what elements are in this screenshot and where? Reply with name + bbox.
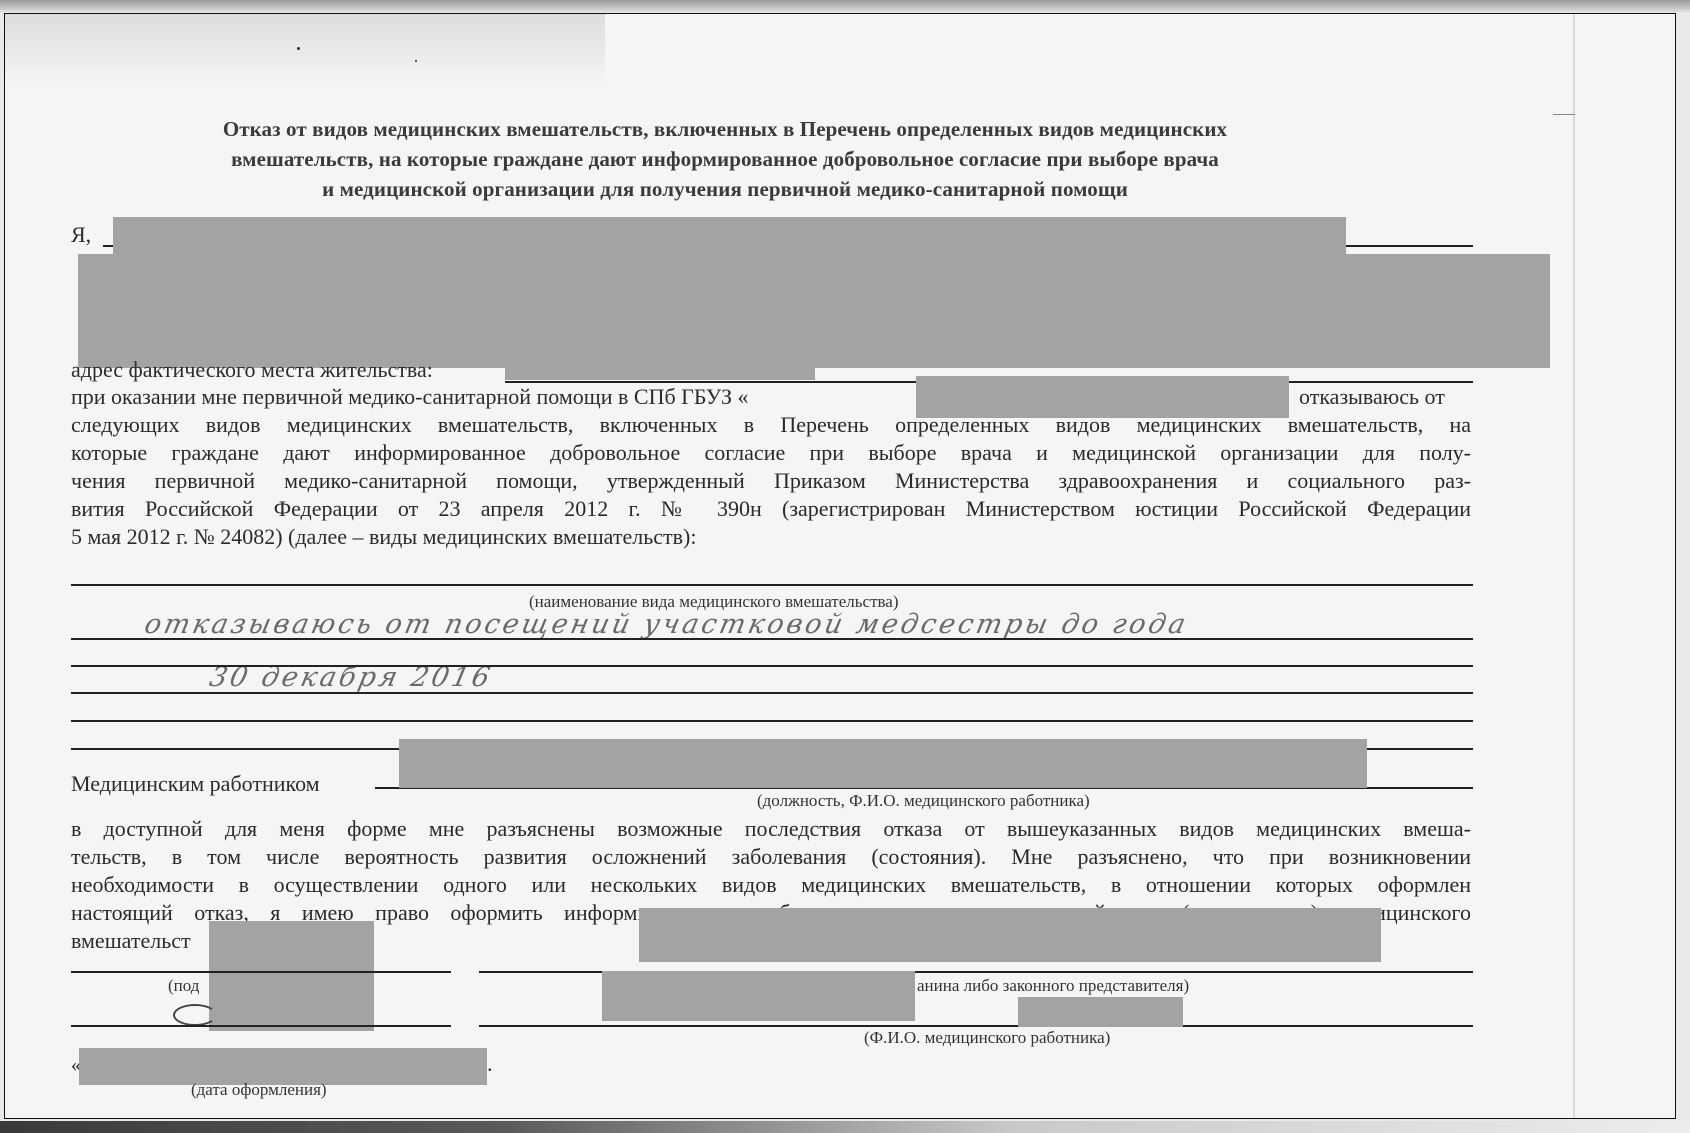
signature-line-2 [71, 1025, 451, 1027]
handwritten-intervention: отказываюсь от посещений участковой медс… [142, 609, 1192, 640]
scan-shadow [5, 14, 605, 84]
title-line: и медицинской организации для получения … [125, 174, 1325, 204]
document-page: Отказ от видов медицинских вмешательств,… [4, 13, 1676, 1119]
signature-line-1 [71, 971, 451, 973]
redacted-address [505, 366, 815, 380]
scan-speck [415, 60, 417, 62]
paragraph-last-line: 5 мая 2012 г. № 24082) (далее – виды мед… [71, 523, 696, 551]
redacted-citizen-name [639, 908, 1381, 962]
ya-label: Я, [71, 221, 91, 249]
redacted-medical-worker-name [1018, 997, 1183, 1027]
paragraph-line: чения первичной медико-санитарной помощи… [71, 467, 1471, 495]
signature-caption-1: (под [168, 976, 199, 996]
explanation-line: необходимости в осуществлении одного или… [71, 871, 1471, 899]
scan-edge-top [0, 0, 1690, 14]
document-title: Отказ от видов медицинских вмешательств,… [125, 114, 1325, 204]
signature-mark [173, 1004, 217, 1026]
organization-line-end: отказываюсь от [1299, 383, 1445, 411]
intervention-line [71, 638, 1473, 640]
redacted-medical-worker [399, 739, 1367, 788]
scan-edge-bottom [0, 1121, 1690, 1133]
paragraph-line: которые граждане дают информированное до… [71, 439, 1471, 467]
redacted-signature-1 [209, 921, 374, 1031]
organization-line-start: при оказании мне первичной медико-санита… [71, 383, 749, 411]
title-line: Отказ от видов медицинских вмешательств,… [125, 114, 1325, 144]
paragraph-line: вития Российской Федерации от 23 апреля … [71, 495, 1471, 523]
date-caption: (дата оформления) [191, 1080, 327, 1100]
redacted-signature-area [602, 971, 915, 1021]
date-period: . [487, 1050, 493, 1078]
address-label: адрес фактического места жительства: [71, 356, 433, 384]
medical-worker-caption: (должность, Ф.И.О. медицинского работник… [757, 791, 1090, 811]
paragraph-line: следующих видов медицинских вмешательств… [71, 411, 1471, 439]
intervention-line [71, 665, 1473, 667]
intervention-line [71, 584, 1473, 586]
title-line: вмешательств, на которые граждане дают и… [125, 144, 1325, 174]
medical-worker-label: Медицинским работником [71, 770, 320, 798]
redacted-patient-details [78, 254, 1550, 368]
citizen-name-caption: анина либо законного представителя) [917, 976, 1189, 996]
fold-mark [1553, 114, 1575, 115]
intervention-line [71, 720, 1473, 722]
medical-worker-name-caption: (Ф.И.О. медицинского работника) [864, 1028, 1110, 1048]
scan-speck [297, 47, 300, 50]
explanation-line: в доступной для меня форме мне разъяснен… [71, 815, 1471, 843]
medical-worker-name-line [479, 1025, 1473, 1027]
explanation-last: вмешательст [71, 927, 191, 955]
handwritten-date-note: 30 декабря 2016 [207, 662, 496, 693]
fold-line [1573, 14, 1575, 1119]
explanation-line: тельств, в том числе вероятность развити… [71, 843, 1471, 871]
intervention-line [71, 692, 1473, 694]
